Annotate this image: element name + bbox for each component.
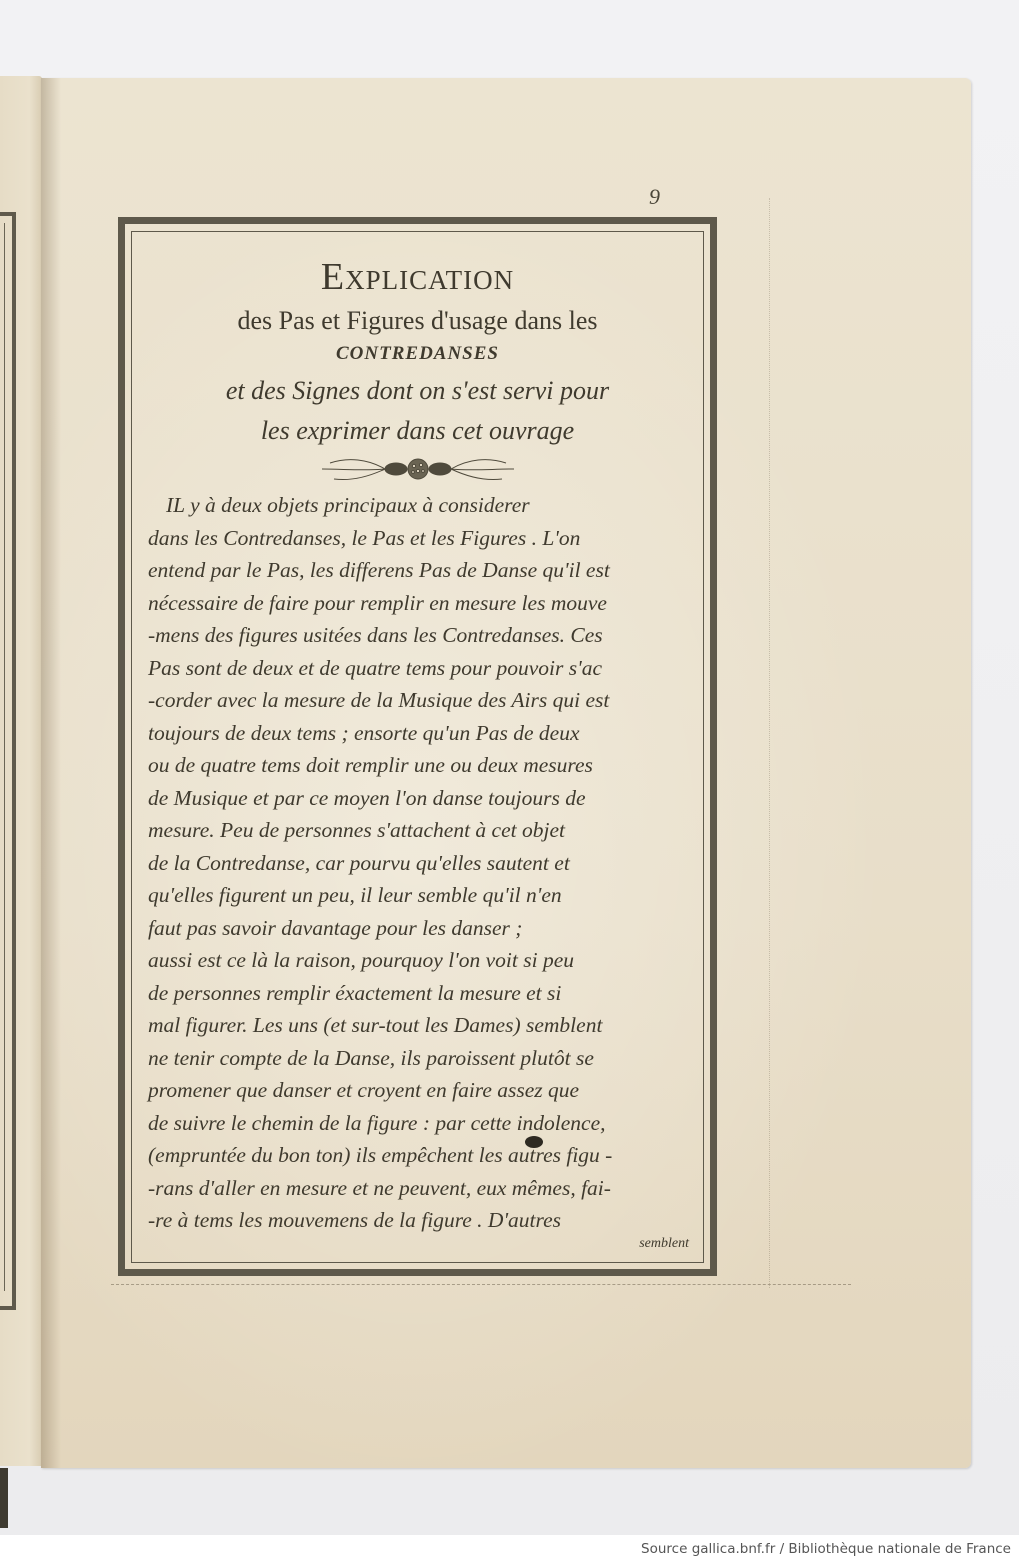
body-line: promener que danser et croyent en faire … [148, 1074, 689, 1107]
body-line: entend par le Pas, les differens Pas de … [148, 554, 689, 587]
body-line: de Musique et par ce moyen l'on danse to… [148, 782, 689, 815]
facing-page-fragment [0, 76, 42, 1466]
floral-divider-icon [318, 455, 518, 483]
page-content: Explication des Pas et Figures d'usage d… [142, 242, 693, 1252]
body-line: IL y à deux objets principaux à consider… [148, 489, 689, 522]
body-line: -rans d'aller en mesure et ne peuvent, e… [148, 1172, 689, 1205]
page-number: 9 [649, 184, 660, 210]
body-line: faut pas savoir davantage pour les danse… [148, 912, 689, 945]
catchword: semblent [639, 1236, 689, 1252]
body-line: ne tenir compte de la Danse, ils paroiss… [148, 1042, 689, 1075]
body-line: qu'elles figurent un peu, il leur semble… [148, 879, 689, 912]
body-line: de suivre le chemin de la figure : par c… [148, 1107, 689, 1140]
page-subtitle: des Pas et Figures d'usage dans les [142, 303, 693, 339]
body-line: dans les Contredanses, le Pas et les Fig… [148, 522, 689, 555]
document-page: 9 Explication des Pas et Figures d'usage… [41, 78, 971, 1468]
title-script-line-2: les exprimer dans cet ouvrage [142, 413, 693, 449]
engraved-frame: Explication des Pas et Figures d'usage d… [118, 217, 717, 1276]
ink-stain [525, 1136, 543, 1148]
body-line: mal figurer. Les uns (et sur-tout les Da… [148, 1009, 689, 1042]
body-line: ou de quatre tems doit remplir une ou de… [148, 749, 689, 782]
plate-mark-vertical [769, 198, 770, 1288]
book-spine [0, 1468, 8, 1528]
body-line: Pas sont de deux et de quatre tems pour … [148, 652, 689, 685]
page-title: Explication [142, 257, 693, 297]
body-line: de la Contredanse, car pourvu qu'elles s… [148, 847, 689, 880]
body-line: aussi est ce là la raison, pourquoy l'on… [148, 944, 689, 977]
body-line: -corder avec la mesure de la Musique des… [148, 684, 689, 717]
body-line: de personnes remplir éxactement la mesur… [148, 977, 689, 1010]
body-line: -mens des figures usitées dans les Contr… [148, 619, 689, 652]
body-line: toujours de deux tems ; ensorte qu'un Pa… [148, 717, 689, 750]
body-line: mesure. Peu de personnes s'attachent à c… [148, 814, 689, 847]
page-title-emphasis: CONTREDANSES [142, 339, 693, 369]
engraved-frame-inner: Explication des Pas et Figures d'usage d… [131, 231, 704, 1263]
source-credit: Source gallica.bnf.fr / Bibliothèque nat… [641, 1541, 1011, 1557]
facing-page-frame-inner [0, 223, 5, 1291]
body-line: (empruntée du bon ton) ils empêchent les… [148, 1139, 689, 1172]
body-text: IL y à deux objets principaux à consider… [142, 489, 693, 1237]
binding-shadow [41, 78, 61, 1468]
title-script-line-1: et des Signes dont on s'est servi pour [142, 373, 693, 409]
body-line: nécessaire de faire pour remplir en mesu… [148, 587, 689, 620]
plate-mark-horizontal [111, 1284, 851, 1285]
body-line: -re à tems les mouvemens de la figure . … [148, 1204, 689, 1237]
